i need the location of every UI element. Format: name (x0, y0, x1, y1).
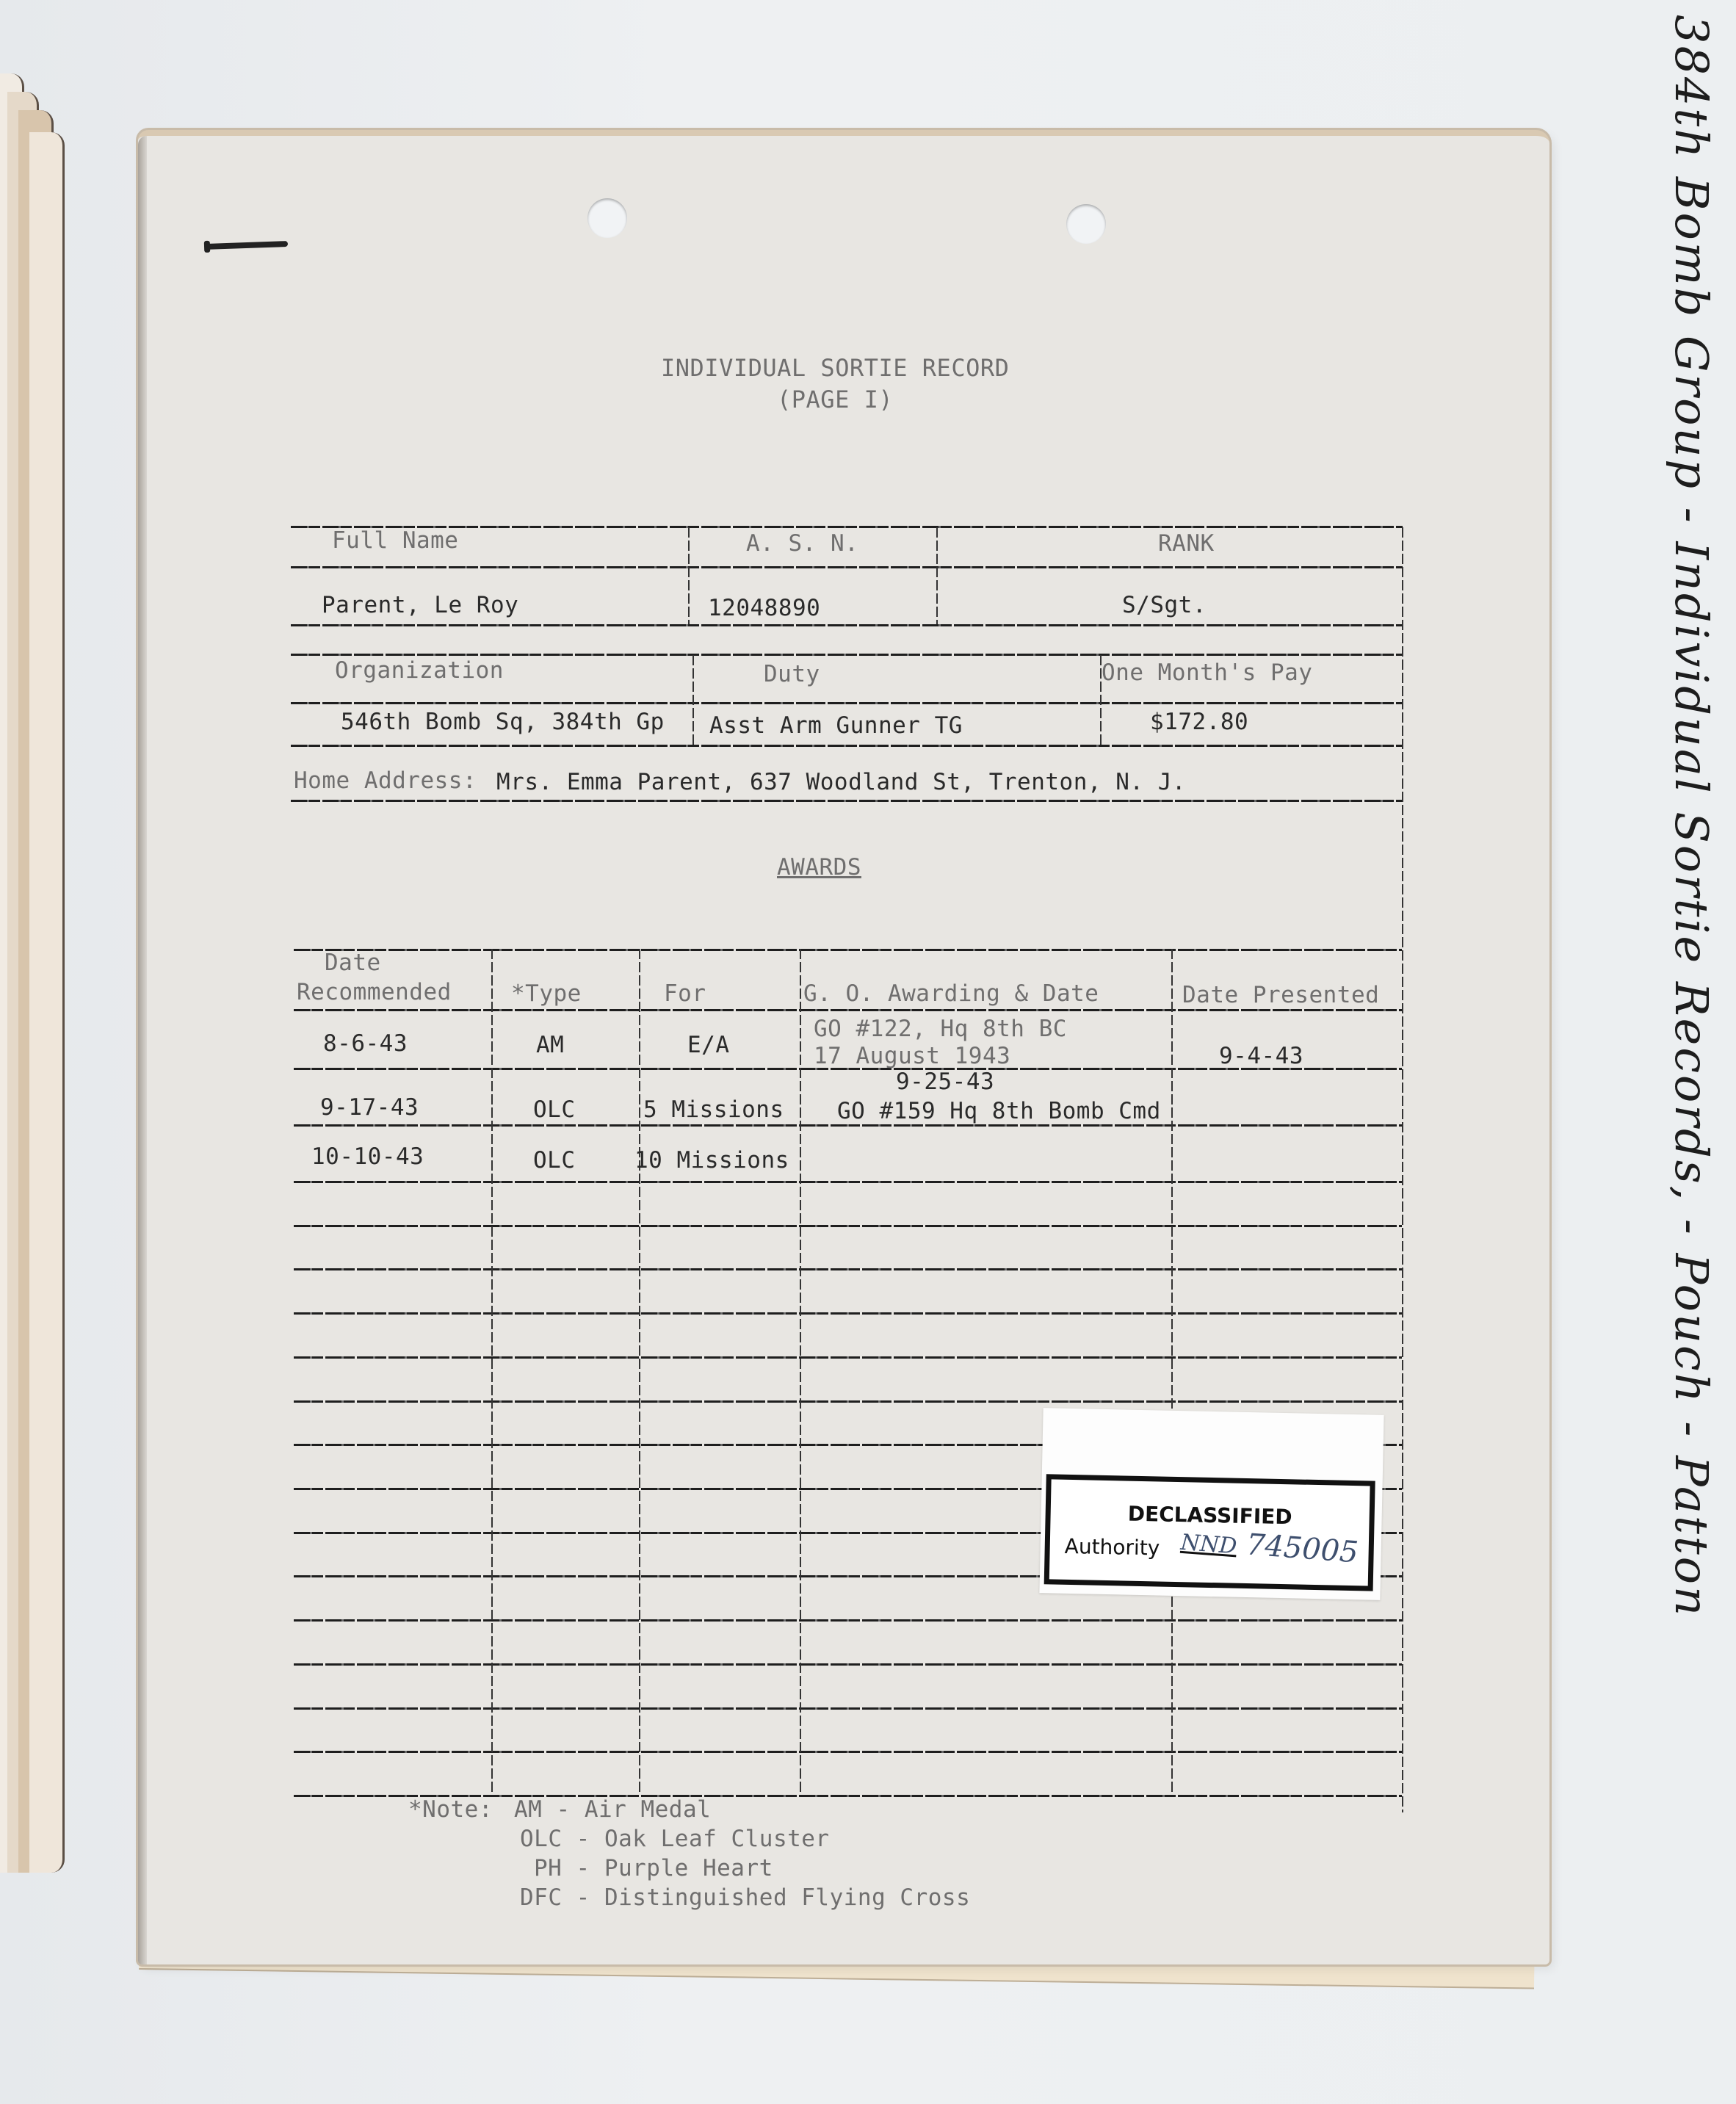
award-go-line1: 9-25-43 (896, 1069, 994, 1095)
award-date-recommended: 9-17-43 (320, 1094, 419, 1121)
home-address-value: Mrs. Emma Parent, 637 Woodland St, Trent… (496, 769, 1186, 795)
duty-value: Asst Arm Gunner TG (709, 712, 963, 739)
award-date-recommended: 8-6-43 (323, 1030, 408, 1057)
table-rule (294, 1124, 1402, 1127)
table-rule (294, 1707, 1402, 1710)
binder-hole-icon (1066, 204, 1106, 244)
pay-value: $172.80 (1150, 709, 1248, 735)
column-header-type: *Type (511, 980, 582, 1007)
award-type: AM (536, 1032, 564, 1058)
right-border (1402, 527, 1403, 1812)
column-header-date-line1: Date (325, 950, 381, 976)
award-type: OLC (533, 1147, 576, 1174)
document-title: INDIVIDUAL SORTIE RECORD (661, 354, 1009, 382)
award-for: 10 Missions (634, 1147, 789, 1174)
column-divider (1171, 949, 1173, 1795)
note-item: DFC - Distinguished Flying Cross (520, 1884, 970, 1911)
declassified-stamp: DECLASSIFIED Authority NND 745005 (1039, 1408, 1384, 1600)
table-rule (294, 1751, 1402, 1753)
asn-value: 12048890 (708, 595, 820, 621)
table-rule (291, 800, 1403, 802)
award-for: 5 Missions (643, 1096, 784, 1123)
table-rule (294, 1619, 1402, 1622)
pay-label: One Month's Pay (1102, 659, 1312, 686)
note-label: *Note: (408, 1796, 493, 1823)
table-rule (291, 702, 1403, 704)
note-item: AM - Air Medal (514, 1796, 711, 1823)
organization-label: Organization (335, 657, 504, 684)
organization-value: 546th Bomb Sq, 384th Gp (341, 709, 665, 735)
table-rule (294, 949, 1402, 951)
awards-heading: AWARDS (777, 854, 861, 881)
table-rule (291, 654, 1403, 656)
duty-label: Duty (764, 661, 820, 687)
rank-value: S/Sgt. (1122, 592, 1207, 618)
column-header-date-presented: Date Presented (1182, 982, 1379, 1008)
home-address-label: Home Address: (294, 767, 477, 794)
full-name-value: Parent, Le Roy (322, 592, 518, 618)
note-item: PH - Purple Heart (534, 1855, 773, 1881)
full-name-label: Full Name (332, 527, 458, 554)
column-header-date-recommended: Recommended (297, 979, 452, 1005)
table-rule (294, 1009, 1402, 1011)
column-divider (639, 949, 640, 1795)
table-rule (294, 1225, 1402, 1227)
table-rule (294, 1400, 1402, 1403)
award-date-recommended: 10-10-43 (311, 1143, 424, 1170)
handwritten-margin-note: 384th Bomb Group - Individual Sortie Rec… (1665, 15, 1718, 1618)
adjacent-page-stack (0, 73, 68, 1873)
stamp-authority-label: Authority (1064, 1534, 1160, 1561)
table-rule (291, 624, 1403, 626)
award-go-line2: 17 August 1943 (814, 1043, 1010, 1069)
column-header-go-awarding: G. O. Awarding & Date (803, 980, 1099, 1007)
column-header-for: For (664, 980, 706, 1007)
award-go-line1: GO #122, Hq 8th BC (814, 1016, 1067, 1042)
column-divider (692, 655, 694, 746)
note-item: OLC - Oak Leaf Cluster (520, 1826, 830, 1852)
column-divider (936, 527, 938, 624)
table-rule (294, 1268, 1402, 1270)
binder-hole-icon (587, 198, 627, 238)
table-rule (294, 1181, 1402, 1183)
column-divider (688, 527, 690, 624)
award-for: E/A (687, 1032, 730, 1058)
table-rule (294, 1663, 1402, 1666)
asn-label: A. S. N. (746, 530, 858, 557)
table-rule (291, 566, 1403, 568)
table-rule (291, 745, 1403, 747)
award-go-line2: GO #159 Hq 8th Bomb Cmd (837, 1098, 1161, 1124)
column-divider (491, 949, 493, 1795)
award-type: OLC (533, 1096, 576, 1123)
table-rule (294, 1356, 1402, 1359)
table-rule (294, 1312, 1402, 1315)
rank-label: RANK (1158, 530, 1215, 557)
award-date-presented: 9-4-43 (1219, 1043, 1303, 1069)
column-divider (800, 949, 801, 1795)
document-subtitle: (PAGE I) (777, 386, 893, 413)
